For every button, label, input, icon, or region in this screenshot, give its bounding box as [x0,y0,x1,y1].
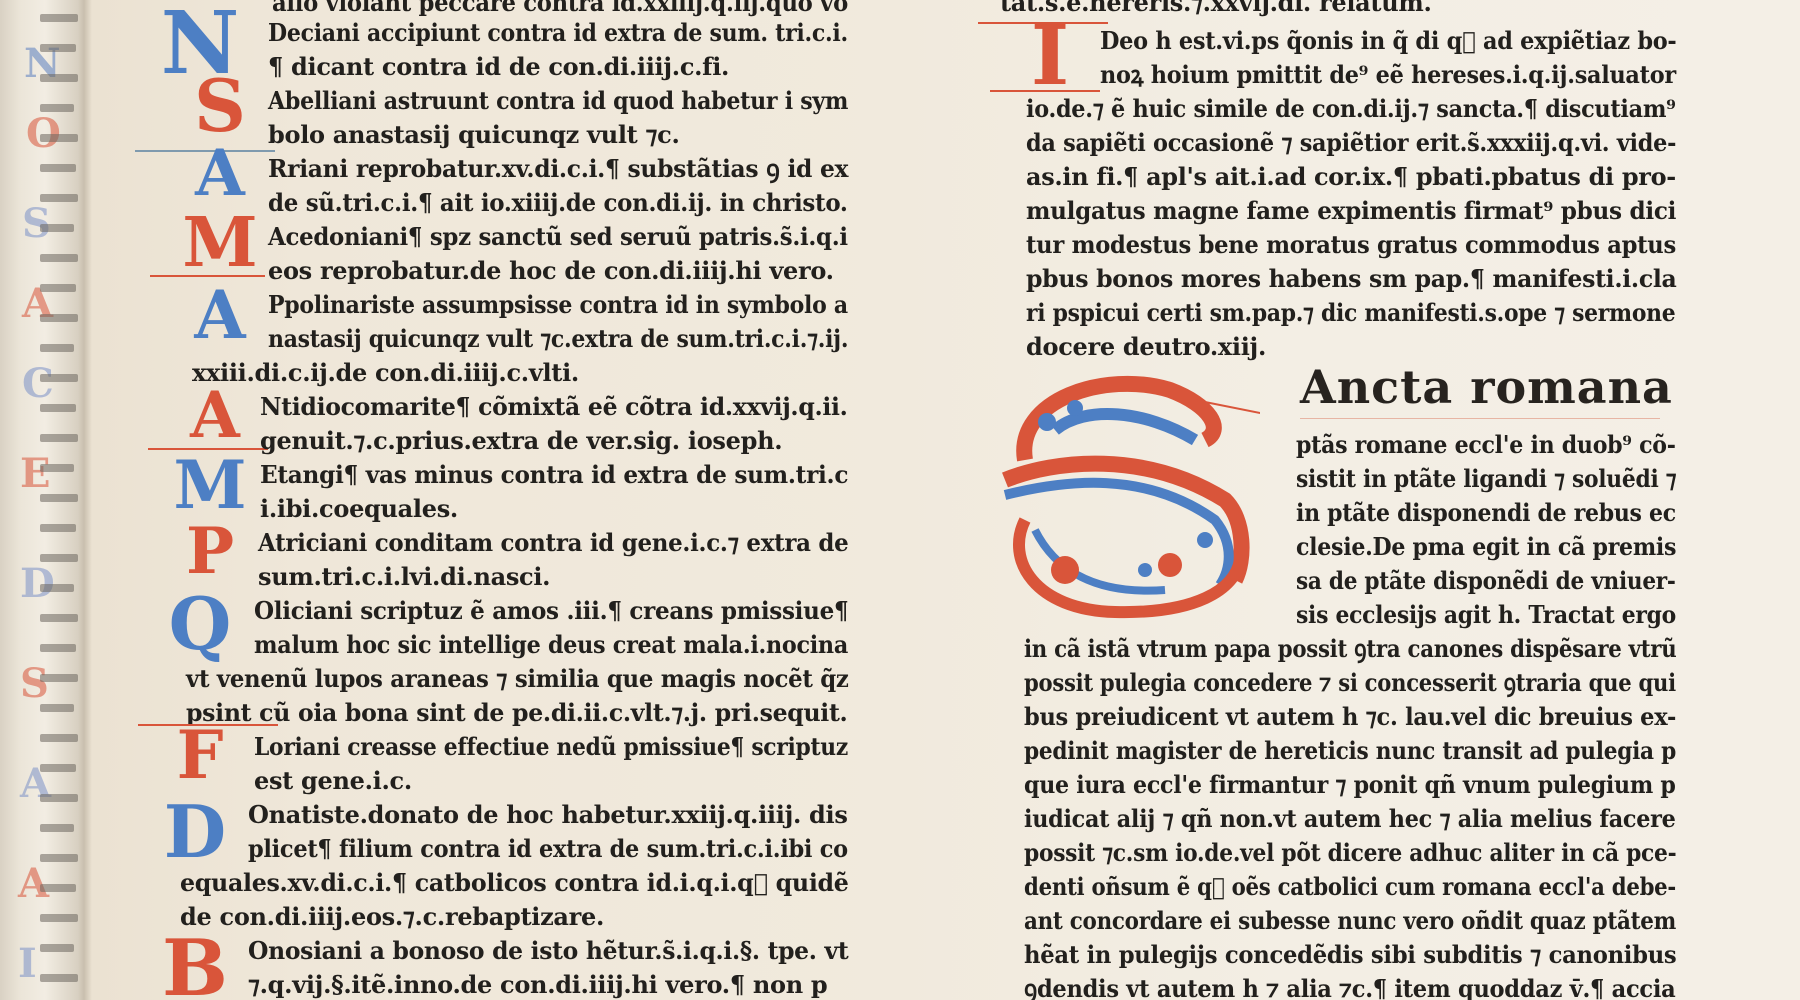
text-line: docere deutro.xiij. [1026,330,1266,364]
text-line: eos reprobatur.de hoc de con.di.iiij.hi … [268,254,834,288]
text-line: Loriani creasse effectiue nedũ pmissiue¶… [254,730,848,764]
text-line: Oliciani scriptuz ẽ amos .iii.¶ creans p… [254,594,848,628]
text-line: Acedoniani¶ spz sanctũ sed seruũ patris.… [268,220,848,254]
text-line: sis ecclesijs agit h. Tractat ergo [1296,598,1676,632]
text-line: sistit in ptãte ligandi ⁊ soluẽdi ⁊ [1296,462,1676,496]
heading-underline [1300,418,1660,419]
drop-initial-i: I [1020,18,1080,94]
text-line: ꝯdendis vt autem h ⁊ alia ⁊c.¶ item quod… [1024,972,1675,1000]
text-line: Onatiste.donato de hoc habetur.xxiij.q.i… [248,798,848,832]
text-line: est gene.i.c. [254,764,412,798]
text-line: ⁊.q.vij.§.itẽ.inno.de con.di.iiij.hi ver… [248,968,827,1000]
text-line: ri pspicui certi sm.pap.⁊ dic manifesti.… [1026,296,1675,330]
initial-guideline [138,724,278,726]
text-line: io.de.⁊ ẽ huic simile de con.di.ij.⁊ san… [1026,92,1676,126]
drop-initial-b: B [140,930,250,1000]
text-line: equales.xv.di.c.i.¶ catbolicos contra id… [180,866,849,900]
drop-initial-p: P [160,520,260,584]
drop-initial-a: A [170,142,270,206]
drop-initial-d: D [140,796,250,868]
drop-initial-m: M [160,452,260,518]
decorated-initial-s-icon [995,370,1260,620]
drop-initial-q: Q [150,588,250,660]
text-line: ant concordare ei subesse nunc vero oñdi… [1024,904,1676,938]
text-line: mulgatus magne fame expimentis firmat⁹ p… [1026,194,1676,228]
text-line: iudicat alij ⁊ qñ non.vt autem hec ⁊ ali… [1024,802,1676,836]
text-line: clesie.De pma egit in cã premis [1296,530,1676,564]
drop-initial-s: S [180,70,260,142]
adjacent-page-edge: N O S A C E D S A A I [0,0,86,1000]
text-line: i.ibi.coequales. [260,492,458,526]
text-line: Rriani reprobatur.xv.di.c.i.¶ substãtias… [268,152,848,186]
text-line: Ppolinariste assumpsisse contra id in sy… [268,288,848,322]
text-line: que iura eccl'e firmantur ⁊ ponit qñ vnu… [1024,768,1676,802]
text-line: in cã istã vtrum papa possit ꝯtra canone… [1024,632,1676,666]
text-line: pbus bonos mores habens sm pap.¶ manifes… [1026,262,1677,296]
text-line: psint cũ oia bona sint de pe.di.ii.c.vlt… [186,696,847,730]
text-line: vt venenũ lupos araneas ⁊ similia que ma… [186,662,849,696]
text-line: Abelliani astruunt contra id quod habetu… [268,84,848,118]
text-line: genuit.⁊.c.prius.extra de ver.sig. iosep… [260,424,782,458]
text-line: Ntidiocomarite¶ cõmixtã eẽ cõtra id.xxvi… [260,390,848,424]
text-line: de con.di.iiij.eos.⁊.c.rebaptizare. [180,900,604,934]
edge-initial-red: S [20,660,49,707]
drop-initial-f: F [150,720,250,790]
text-line: de sũ.tri.c.i.¶ ait io.xiiij.de con.di.i… [268,186,848,220]
text-line: nastasij quicunqz vult ⁊c.extra de sum.t… [268,322,848,356]
text-line: Etangi¶ vas minus contra id extra de sum… [260,458,848,492]
drop-initial-a: A [170,282,270,348]
text-line: possit ⁊c.sm io.de.vel põt dicere adhuc … [1024,836,1676,870]
text-line: ptãs romane eccl'e in duob⁹ cõ- [1296,428,1676,462]
section-heading: Ancta romana [1300,360,1673,414]
text-line: Deciani accipiunt contra id extra de sum… [268,16,848,50]
text-line: bolo anastasij quicunqz vult ⁊c. [268,118,680,152]
edge-initial-red: E [20,450,51,497]
text-line: plicet¶ filium contra id extra de sum.tr… [248,832,848,866]
text-line: possit pulegia concedere ⁊ si concesseri… [1024,666,1676,700]
text-line: ¶ dicant contra id de con.di.iiij.c.fi. [268,50,729,84]
book-page-spread: N O S A C E D S A A I alio violant pecca… [0,0,1800,1000]
text-line: noꝝ hoium pmittit de⁹ eẽ hereses.i.q.ij.… [1100,58,1676,92]
drop-initial-a: A [165,384,265,448]
edge-initial-blue: C [22,360,54,407]
drop-initial-m: M [165,208,275,278]
text-line: Onosiani a bonoso de isto hẽtur.s̃.i.q.i… [248,934,848,968]
text-line: malum hoc sic intellige deus creat mala.… [254,628,848,662]
text-line: in ptãte disponendi de rebus ec [1296,496,1676,530]
text-line: denti oñsum ẽ q᷑ oẽs catbolici cum roman… [1024,870,1676,904]
text-line: pedinit magister de hereticis nunc trans… [1024,734,1676,768]
text-line: tur modestus bene moratus gratus commodu… [1026,228,1676,262]
edge-initial-blue: I [18,940,37,987]
text-line: da sapiẽti occasionẽ ⁊ sapiẽtior erit.s̃… [1026,126,1676,160]
text-line: bus preiudicent vt autem h ⁊c. lau.vel d… [1024,700,1676,734]
text-line: hẽat in pulegijs concedẽdis sibi subditi… [1024,938,1676,972]
text-line: as.in fi.¶ apl's ait.i.ad cor.ix.¶ pbati… [1026,160,1676,194]
text-line: sa de ptãte disponẽdi de vniuer- [1296,564,1676,598]
text-line: Atriciani conditam contra id gene.i.c.⁊ … [258,526,848,560]
text-line: Deo h est.vi.ps q̃onis in q̃ di q᷑ ad ex… [1100,24,1676,58]
text-line: sum.tri.c.i.lvi.di.nasci. [258,560,550,594]
